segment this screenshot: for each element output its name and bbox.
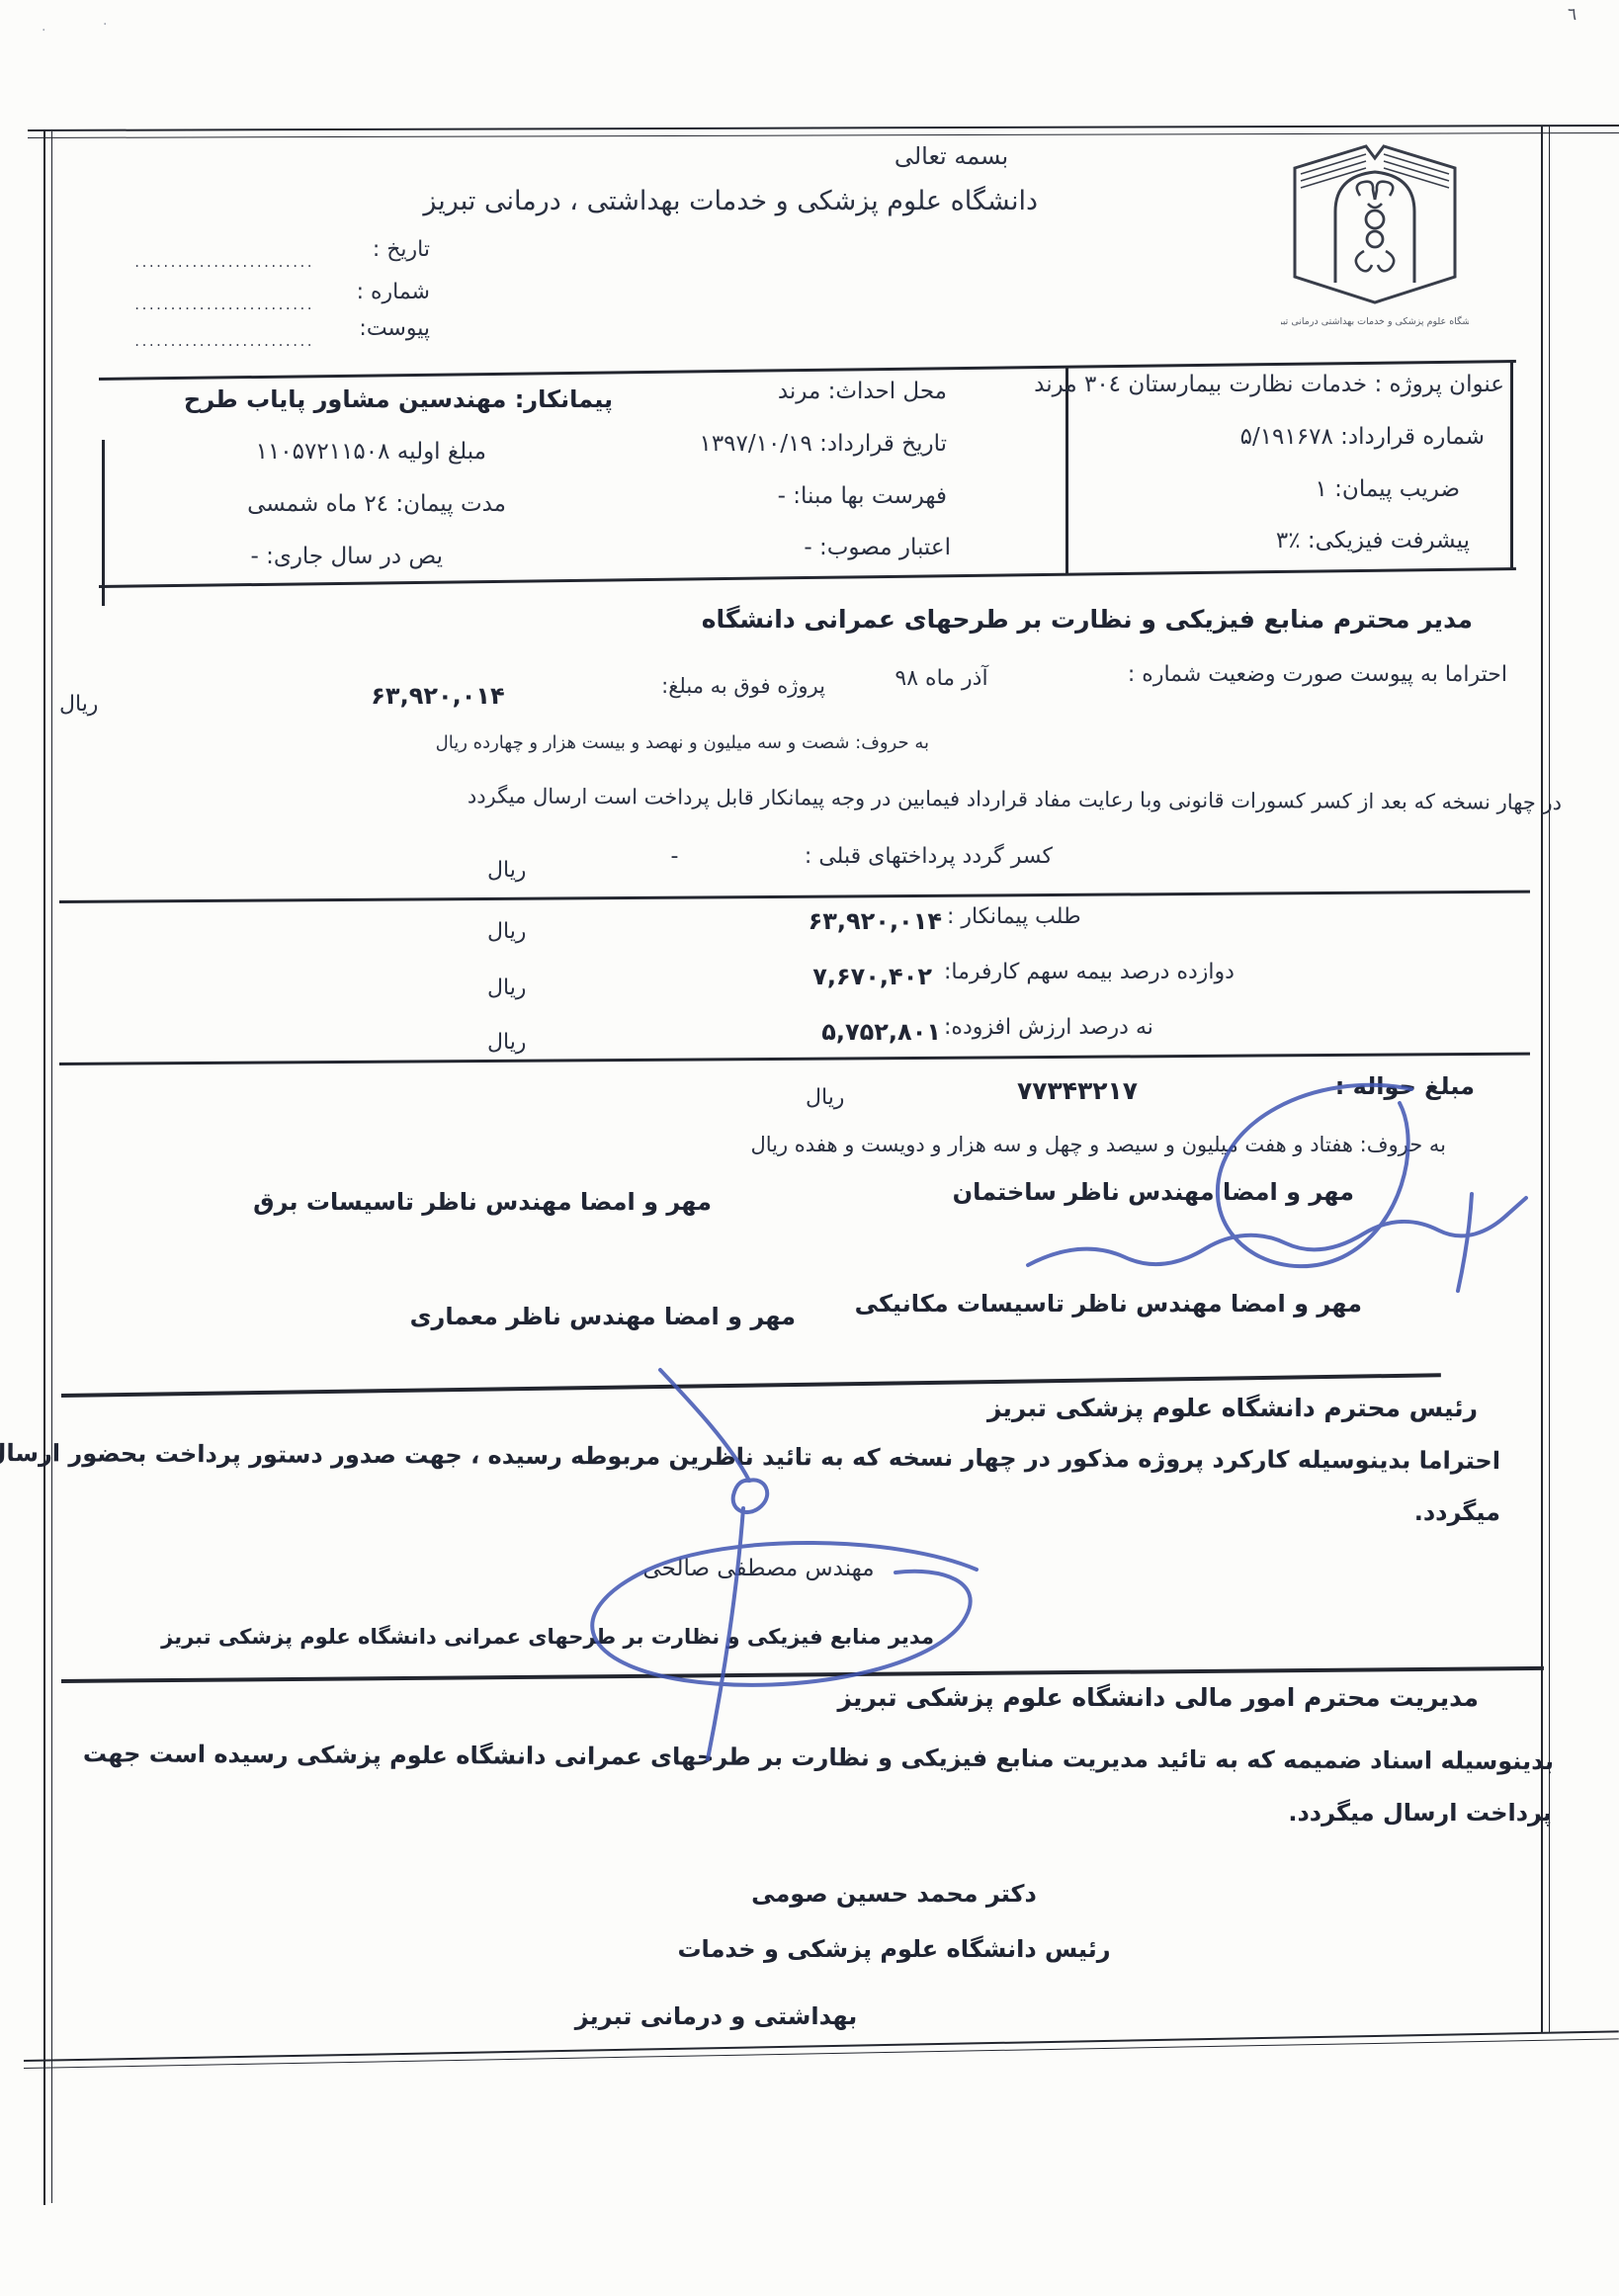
number-label: شماره : (336, 278, 430, 307)
statement-intro-text: احتراما به پیوست صورت وضعیت شماره : (1048, 660, 1507, 690)
project-amount-label: پروژه فوق به مبلغ: (677, 672, 825, 700)
remittance-unit: ریال (806, 1083, 875, 1113)
claim-unit-contractor: ریال (487, 917, 552, 947)
contract-number-cell: شماره قرارداد: ۵/۱۹۱۶۷۸ (1072, 422, 1485, 453)
date-dotted-line: ......................... (99, 253, 314, 271)
president-body-line2: میگردد. (1384, 1496, 1500, 1528)
finance-body-line1: بدینوسیله اسناد ضمیمه که به تائید مدیریت… (219, 1739, 1554, 1777)
president-signer-title-line1: رئیس دانشگاه علوم پزشکی و خدمات (674, 1933, 1114, 1965)
construction-site-cell: محل احداث: مرند (633, 377, 947, 407)
price-list-cell: فهرست بها مبنا: - (633, 481, 947, 512)
university-name: دانشگاه علوم پزشکی و خدمات بهداشتی ، درم… (465, 184, 1038, 219)
date-label: تاریخ : (336, 235, 430, 265)
scan-speck: · (103, 16, 107, 35)
statement-amount-unit: ریال (59, 690, 133, 720)
approved-credit-cell: اعتبار مصوب: - (633, 533, 951, 563)
claim-label-contractor: طلب پیمانکار : (947, 902, 1372, 932)
amount-in-words: به حروف: شصت و سه میلیون و نهصد و بیست ه… (532, 731, 929, 755)
current-year-allocation-cell: یص در سال جاری: - (107, 542, 443, 572)
table-left-border (102, 440, 105, 606)
scan-speck: · (42, 22, 45, 41)
approval-mechanical-engineer: مهر و امضا مهندس ناظر تاسیسات مکانیکی (890, 1288, 1362, 1319)
frame-left-line-inner (51, 131, 52, 2203)
approval-electrical-engineer: مهر و امضا مهندس ناظر تاسیسات برق (259, 1186, 712, 1218)
president-heading: رئیس محترم دانشگاه علوم پزشکی تبریز (1117, 1392, 1478, 1425)
contractor-cell: پیمانکار: مهندسین مشاور پایاب طرح (107, 383, 613, 415)
previous-payments-unit: ریال (487, 856, 552, 886)
previous-payments-label: کسر گردد پرداختهای قبلی : (736, 842, 1053, 872)
finance-body-line2: پرداخت ارسال میگردد. (1290, 1797, 1552, 1828)
previous-payments-value: - (652, 842, 697, 872)
remittance-label: مبلغ حواله : (1317, 1070, 1475, 1102)
president-body-line1: احتراما بدینوسیله کارکرد پروژه مذکور در … (168, 1438, 1500, 1477)
frame-top-line-outer (28, 125, 1619, 131)
claim-value-insurance: ۷,۶۷۰,۴۰۲ (736, 961, 932, 992)
frame-bottom-line-inner (24, 2038, 1619, 2069)
claim-value-contractor: ۶۳,۹۲۰,۰۱۴ (739, 905, 942, 937)
approval-building-engineer: مهر و امضا مهندس ناظر ساختمان (986, 1176, 1354, 1208)
divider-above-claims (59, 891, 1530, 903)
table-right-border (1510, 362, 1513, 569)
approval-architectural-engineer: مهر و امضا مهندس ناظر معماری (297, 1301, 796, 1332)
contract-duration-cell: مدت پیمان: ۲٤ ماه شمسی (107, 489, 506, 520)
frame-left-line-outer (43, 129, 45, 2205)
remittance-in-words: به حروف: هفتاد و هفت میلیون و سیصد و چهل… (720, 1131, 1446, 1158)
attachment-dotted-line: ......................... (99, 332, 314, 350)
director-signer-name: مهندس مصطفی صالحی (638, 1554, 880, 1584)
director-signer-title: مدیر منابع فیزیکی و نظارت بر طرحهای عمرا… (292, 1623, 934, 1651)
university-logo: دانشگاه علوم پزشکی و خدمات بهداشتی درمان… (1281, 134, 1469, 337)
claim-unit-vat: ریال (487, 1028, 552, 1058)
physical-progress-cell: پیشرفت فیزیکی: ٪۳ (1072, 526, 1470, 556)
contract-date-cell: تاریخ قرارداد: ۱۳۹۷/۱۰/۱۹ (633, 429, 947, 460)
number-dotted-line: ......................... (99, 296, 314, 313)
claim-value-vat: ۵,۷۵۲,۸۰۱ (733, 1016, 941, 1048)
statement-amount: ۶۳,۹۲۰,۰۱۴ (344, 680, 532, 712)
director-heading: مدیر محترم منابع فیزیکی و نظارت بر طرحها… (862, 603, 1473, 637)
remittance-amount: ۷۷۳۴۳۲۱۷ (988, 1074, 1166, 1108)
project-title-cell: عنوان پروژه : خدمات نظارت بیمارستان ۳۰٤ … (1072, 370, 1504, 400)
scanned-letter-page: ٦ · · بسمه تعالی دانشگاه علوم پزشکی و خد… (0, 0, 1619, 2296)
contract-coefficient-cell: ضریب پیمان: ۱ (1072, 474, 1460, 505)
divider-below-claims (59, 1053, 1530, 1065)
claim-label-insurance: دوازده درصد بیمه سهم کارفرما: (944, 958, 1369, 987)
logo-caption: دانشگاه علوم پزشکی و خدمات بهداشتی درمان… (1281, 315, 1469, 327)
scan-artifact: ٦ (1568, 4, 1576, 27)
claim-label-vat: نه درصد ارزش افزوده: (944, 1013, 1369, 1043)
president-signer-title-line2: بهداشتی و درمانی تبریز (546, 2000, 887, 2032)
initial-amount-cell: مبلغ اولیه ۱۱۰۵۷۲۱۱۵۰۸ (107, 437, 486, 468)
copies-note: در چهار نسخه که بعد از کسر کسورات قانونی… (433, 782, 1562, 816)
bismillah-text: بسمه تعالی (875, 140, 1028, 172)
statement-month: آذر ماه ۹۸ (880, 664, 1003, 694)
claim-unit-insurance: ریال (487, 974, 552, 1003)
frame-bottom-line-outer (24, 2030, 1619, 2062)
finance-heading: مدیریت محترم امور مالی دانشگاه علوم پزشک… (1026, 1681, 1479, 1715)
president-signer-name: دکتر محمد حسین صومی (733, 1878, 1055, 1910)
attachment-label: پیوست: (336, 314, 430, 344)
